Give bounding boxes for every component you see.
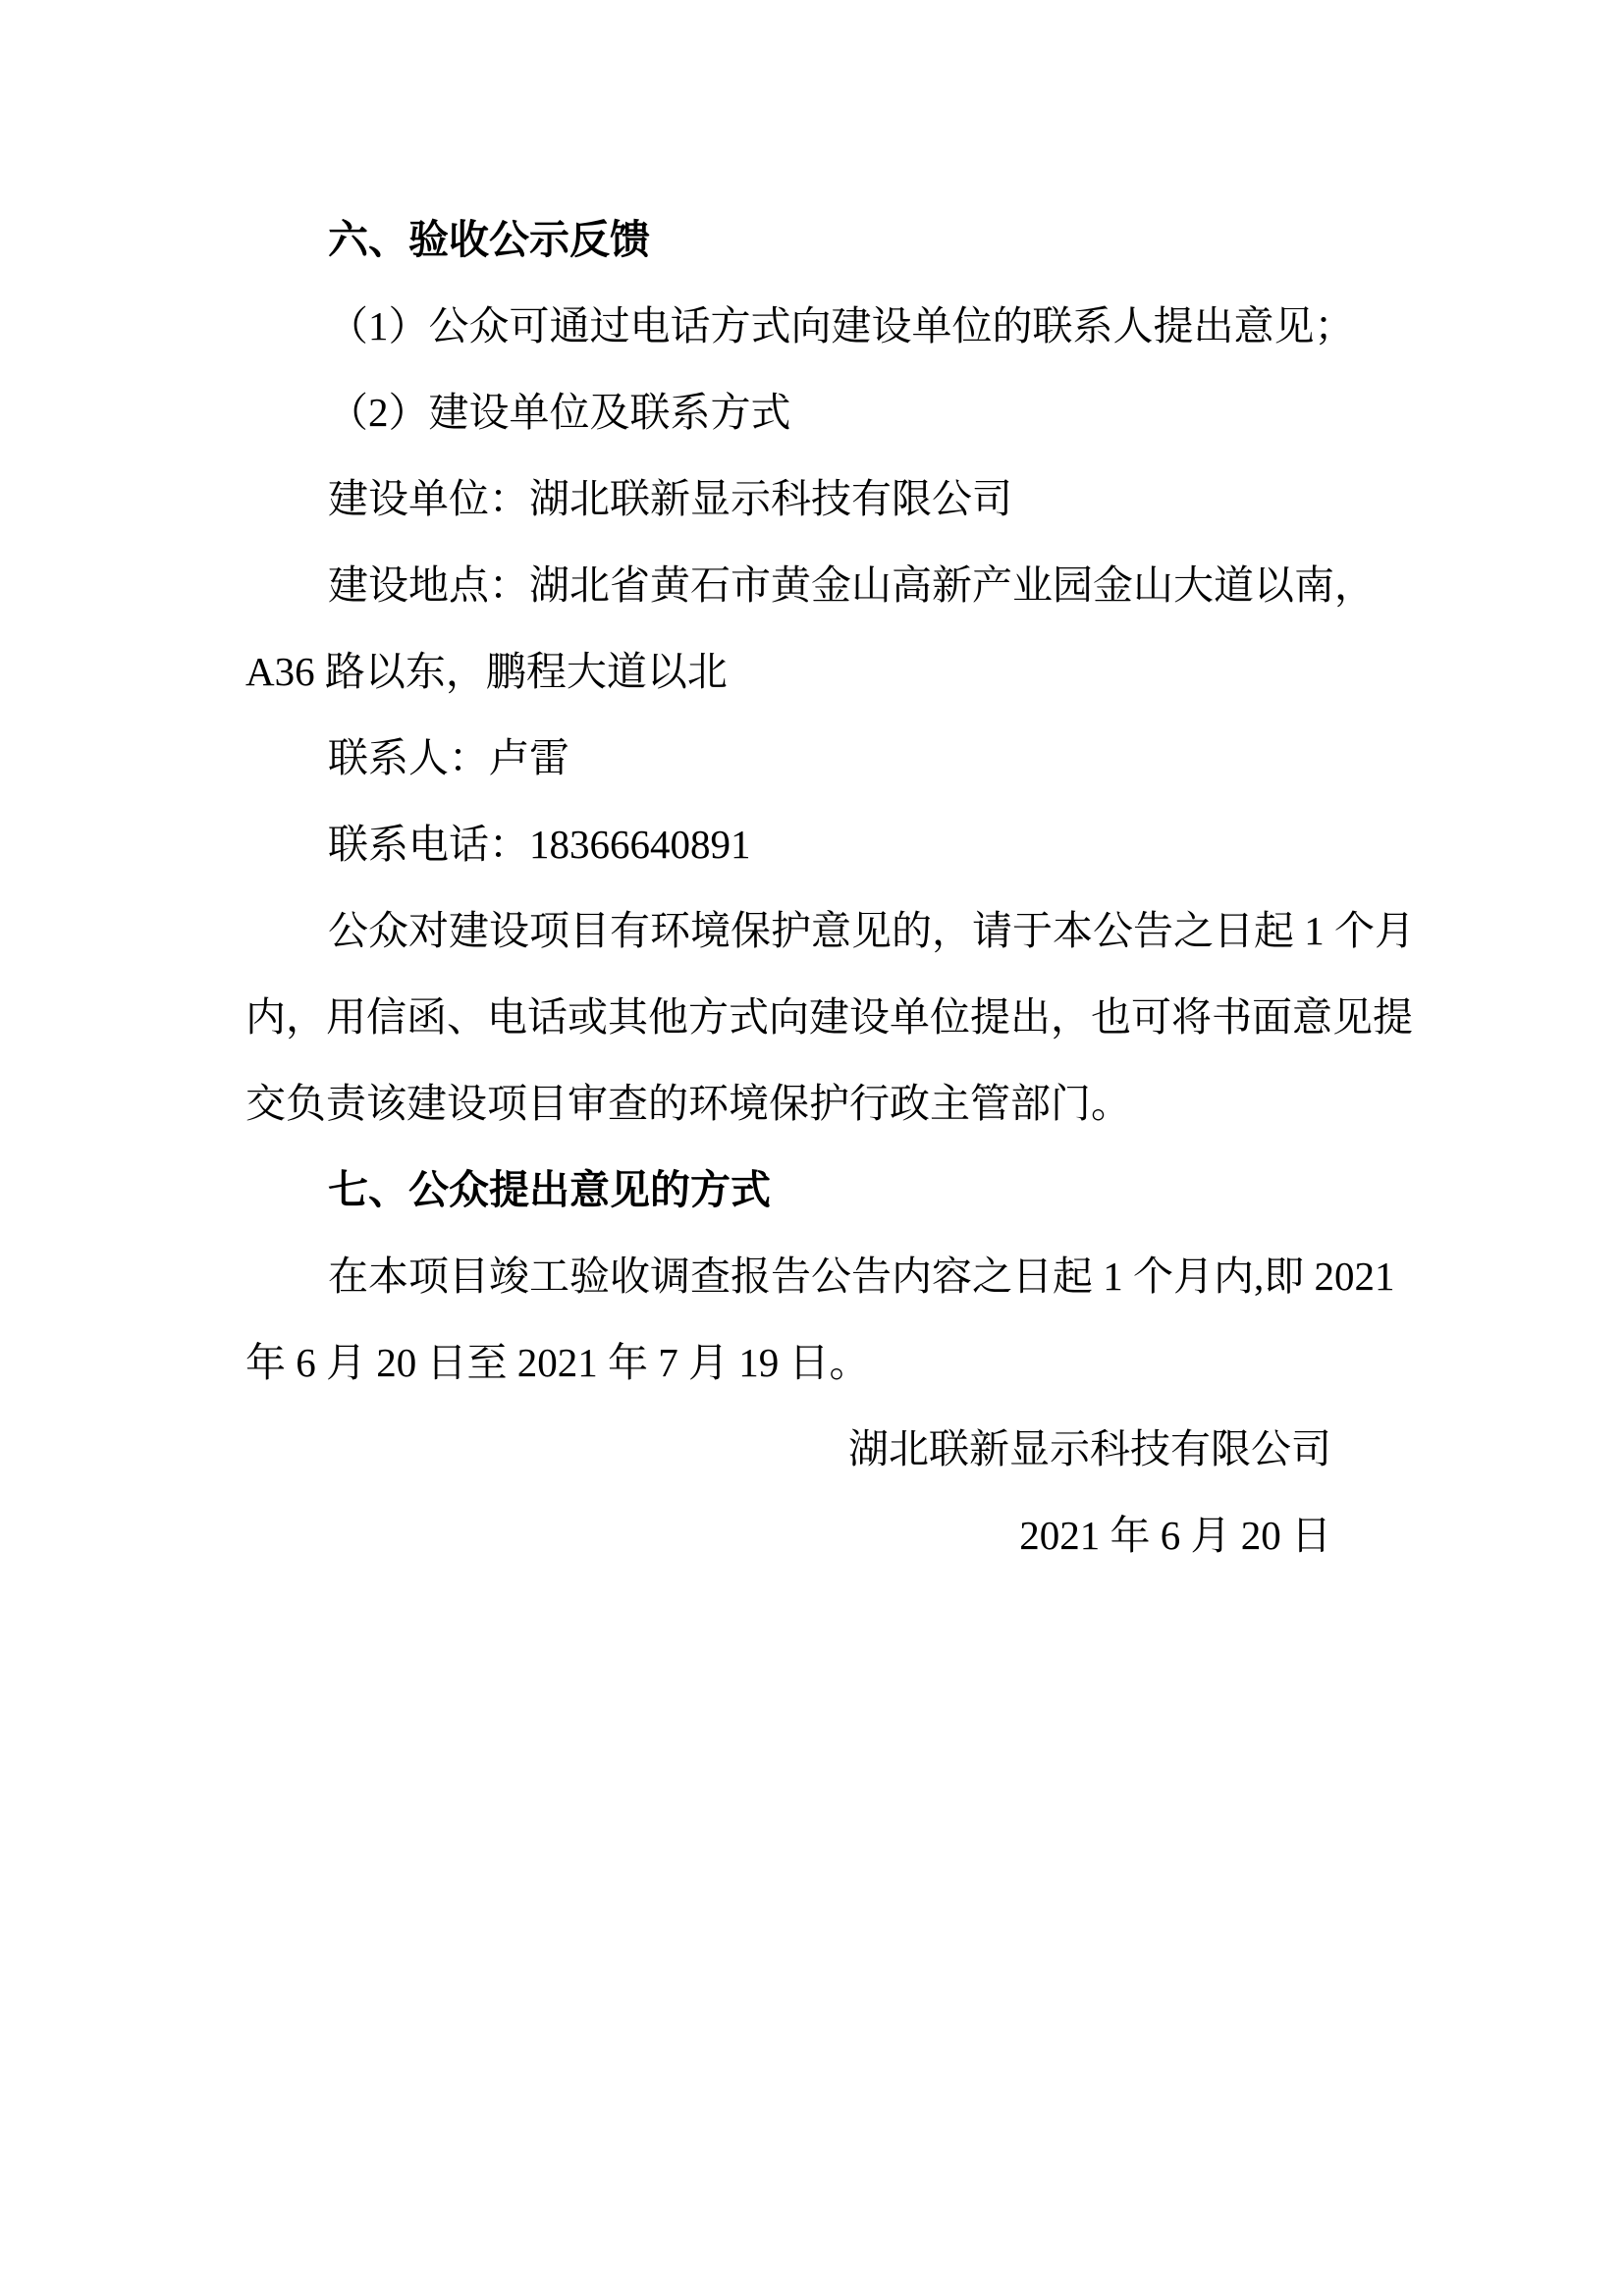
paragraph-line: 建设单位：湖北联新显示科技有限公司 xyxy=(245,455,1404,542)
paragraph-line: 联系电话：18366640891 xyxy=(245,801,1404,887)
paragraph-line: A36 路以东，鹏程大道以北 xyxy=(245,628,1404,715)
document-body: 六、验收公示反馈（1）公众可通过电话方式向建设单位的联系人提出意见；（2）建设单… xyxy=(245,196,1404,1578)
paragraph-line: 联系人：卢雷 xyxy=(245,715,1404,801)
section-heading: 七、公众提出意见的方式 xyxy=(245,1147,1404,1233)
paragraph-line: 交负责该建设项目审查的环境保护行政主管部门。 xyxy=(245,1060,1404,1147)
document-page: 六、验收公示反馈（1）公众可通过电话方式向建设单位的联系人提出意见；（2）建设单… xyxy=(0,0,1624,2296)
paragraph-line: 内，用信函、电话或其他方式向建设单位提出，也可将书面意见提 xyxy=(245,974,1404,1060)
signature-line: 湖北联新显示科技有限公司 xyxy=(245,1406,1404,1492)
paragraph-line: 建设地点：湖北省黄石市黄金山高新产业园金山大道以南， xyxy=(245,542,1404,628)
paragraph-line: （1）公众可通过电话方式向建设单位的联系人提出意见； xyxy=(245,283,1404,369)
paragraph-line: （2）建设单位及联系方式 xyxy=(245,369,1404,455)
paragraph-line: 公众对建设项目有环境保护意见的，请于本公告之日起 1 个月 xyxy=(245,887,1404,974)
paragraph-line: 在本项目竣工验收调查报告公告内容之日起 1 个月内,即 2021 xyxy=(245,1233,1404,1319)
paragraph-line: 年 6 月 20 日至 2021 年 7 月 19 日。 xyxy=(245,1319,1404,1406)
signature-line: 2021 年 6 月 20 日 xyxy=(245,1492,1404,1578)
section-heading: 六、验收公示反馈 xyxy=(245,196,1404,283)
